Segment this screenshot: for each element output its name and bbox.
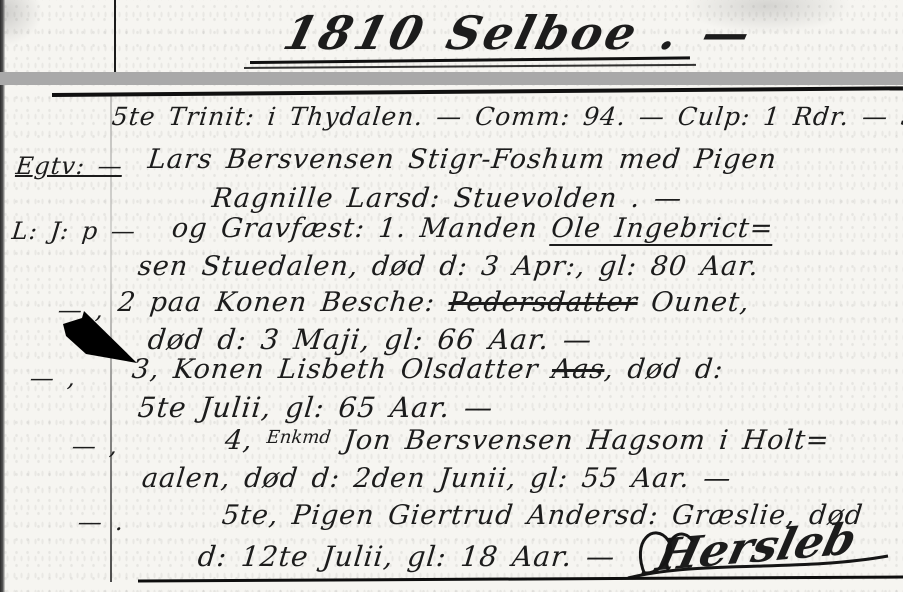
bottom-ruled-line xyxy=(138,577,903,581)
burial-entry-5-line-2: d: 12te Julii, gl: 18 Aar. — xyxy=(196,540,617,573)
margin-dash-entry-5: — . xyxy=(77,508,126,536)
burial-entry-1-line-1: og Gravfæst: 1. Manden Ole Ingebrict= xyxy=(170,213,775,244)
burial-entry-2-line-2: død d: 3 Maji, gl: 66 Aar. — xyxy=(146,323,594,356)
burial-entry-2-text: 2 paa Konen Besche: xyxy=(116,287,450,318)
burial-entry-4-text: Jon Bersvensen Hagsom i Holt= xyxy=(329,425,831,456)
burial-entry-3-line-2: 5te Julii, gl: 65 Aar. — xyxy=(136,391,495,424)
burial-entry-4-line-2: aalen, død d: 2den Junii, gl: 55 Aar. — xyxy=(140,463,733,494)
margin-note-marriage: Egtv: — xyxy=(15,152,125,180)
burial-entry-1-text: og Gravfæst: 1. Manden xyxy=(170,213,553,244)
burial-entry-1-line-2: sen Stuedalen, død d: 3 Apr:, gl: 80 Aar… xyxy=(136,251,760,282)
burial-entry-4-number: 4, xyxy=(223,425,268,456)
marriage-entry-line-2: Ragnille Larsd: Stuevolden . — xyxy=(210,183,683,214)
burial-entry-2-text-end: Ounet, xyxy=(636,287,751,318)
burial-entry-1-underlined-name: Ole Ingebrict= xyxy=(550,213,776,246)
top-ruled-line xyxy=(52,86,903,97)
title-underline-lower xyxy=(244,64,696,69)
margin-dash-entry-3: — , xyxy=(29,364,78,392)
burial-entry-2-struck-name: Pedersdatter xyxy=(447,287,639,318)
burial-entry-3-text-end: , død d: xyxy=(603,354,725,385)
record-header-line: 5te Trinit: i Thydalen. — Comm: 94. — Cu… xyxy=(110,102,903,131)
burial-entry-2-line-1: 2 paa Konen Besche: Pedersdatter Ounet, xyxy=(116,287,751,318)
burial-entry-3-line-1: 3, Konen Lisbeth Olsdatter Aas, død d: xyxy=(130,354,725,385)
burial-entry-3-text: 3, Konen Lisbeth Olsdatter xyxy=(130,354,553,385)
margin-dash-entry-4: — , xyxy=(71,432,120,460)
page-title-year-parish: 1810 Selboe . — xyxy=(278,6,759,60)
left-scan-edge xyxy=(0,0,5,592)
scanner-gray-bar xyxy=(0,72,903,85)
burial-entry-4-line-1: 4, Enkmd Jon Bersvensen Hagsom i Holt= xyxy=(223,425,831,456)
margin-rule-top-segment xyxy=(114,0,116,72)
margin-dash-entry-2: — , xyxy=(57,296,106,324)
burial-entry-3-struck-name: Aas xyxy=(550,354,606,385)
marriage-entry-line-1: Lars Bersvensen Stigr-Foshum med Pigen xyxy=(146,144,778,175)
margin-note-burials: L: J: p — xyxy=(11,217,138,245)
burial-entry-4-inserted-word: Enkmd xyxy=(266,427,332,448)
scanned-parish-register-page: 1810 Selboe . — 5te Trinit: i Thydalen. … xyxy=(0,0,903,592)
